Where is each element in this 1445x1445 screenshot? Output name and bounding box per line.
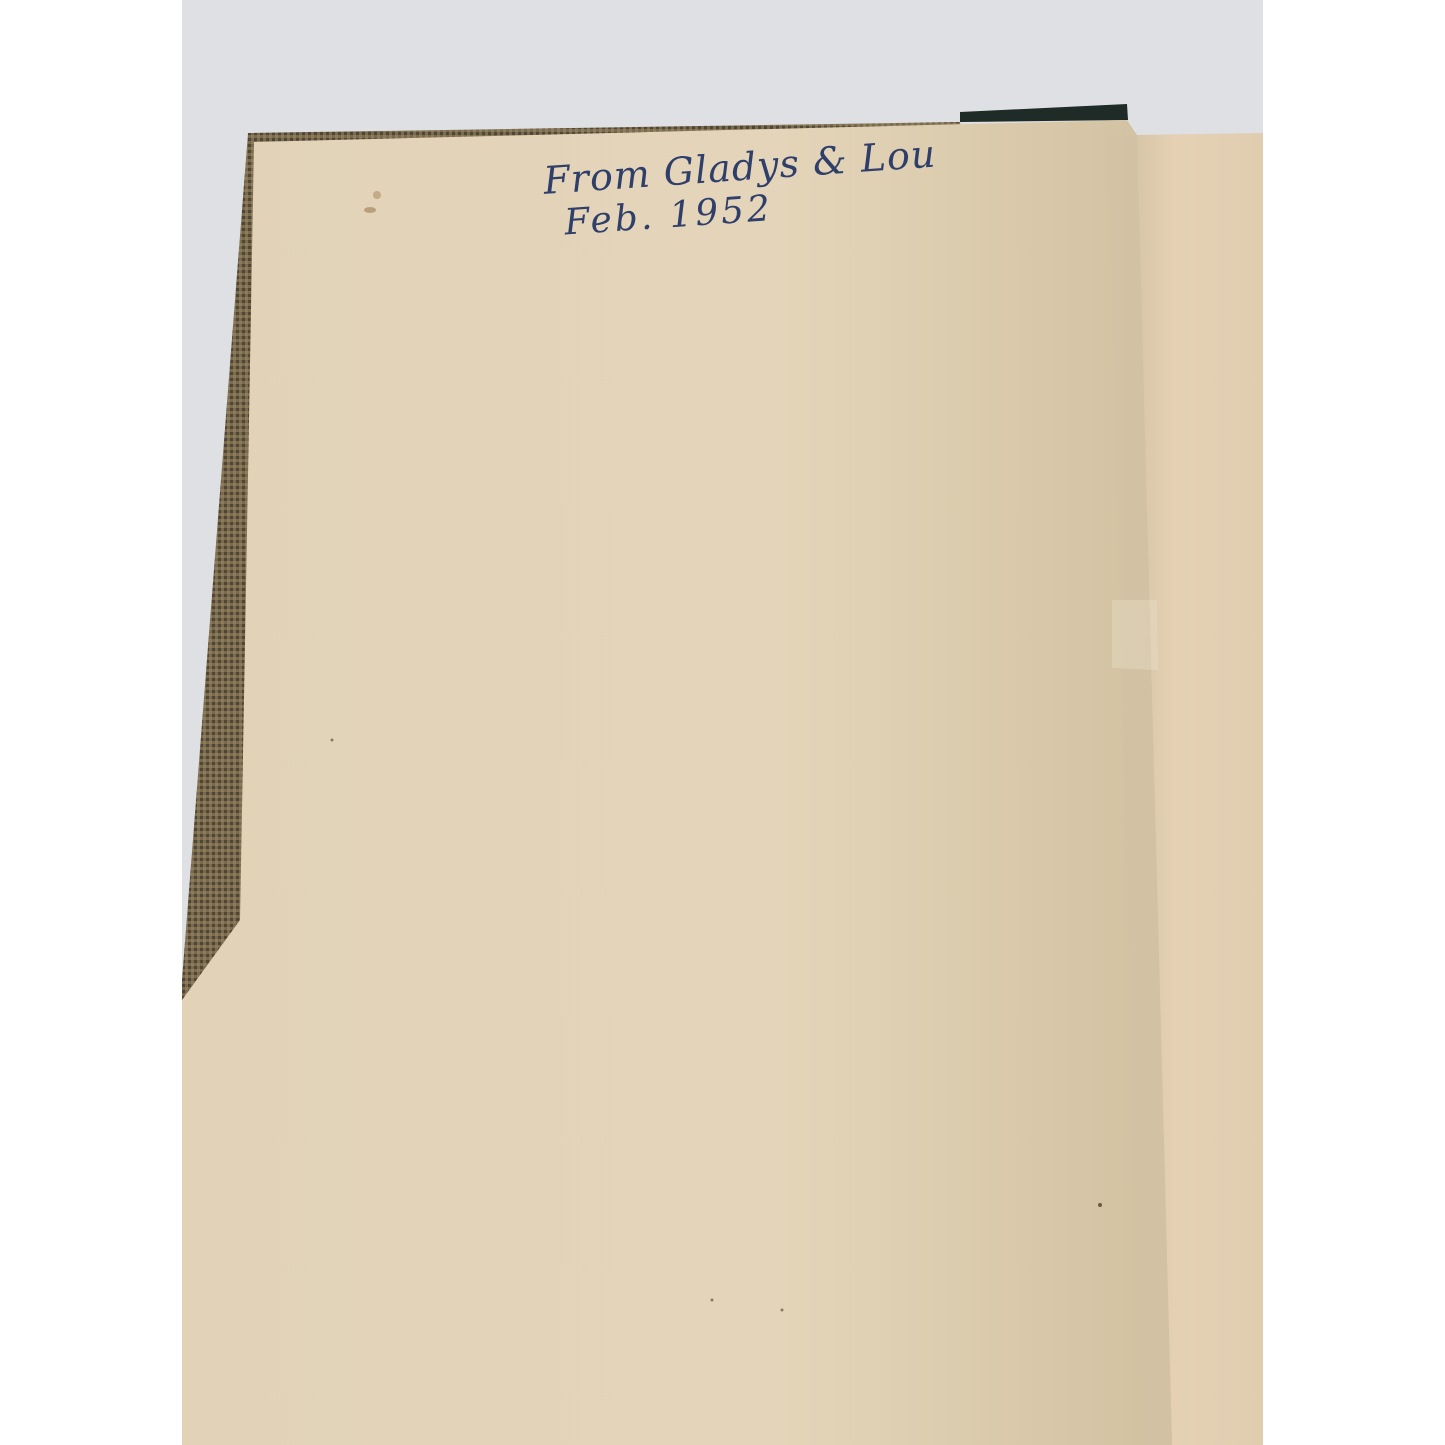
endpaper <box>182 120 1172 1445</box>
cover-top-edge <box>960 104 1128 122</box>
book-photo: From Gladys & Lou Feb. 1952 <box>182 0 1263 1445</box>
white-margin <box>1263 0 1445 1445</box>
